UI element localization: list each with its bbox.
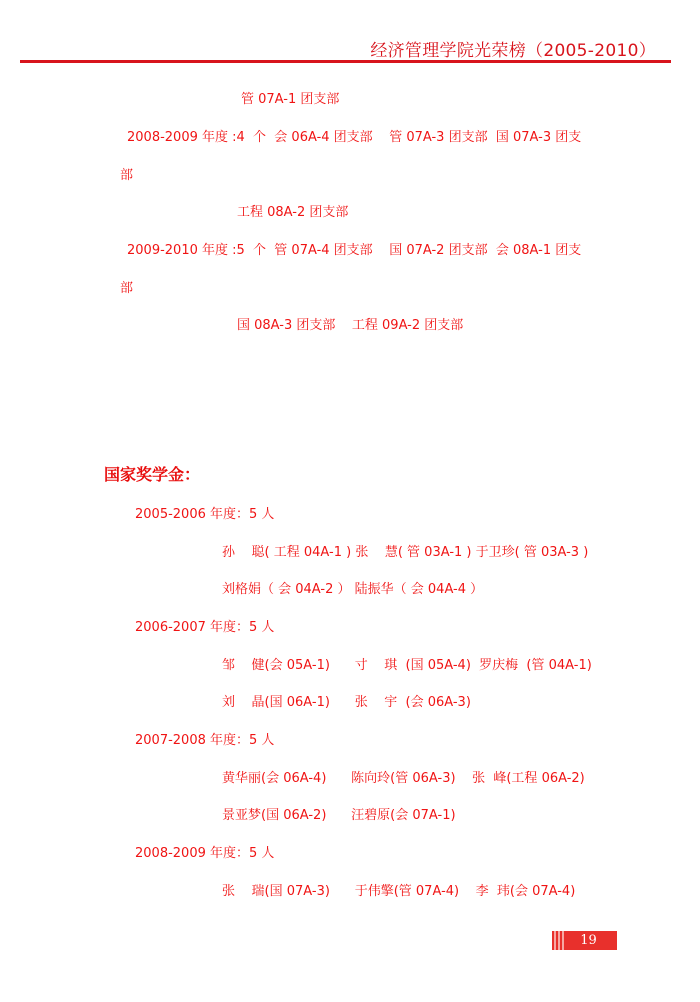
- header-title: 经济管理学院光荣榜（2005-2010）: [370, 36, 656, 61]
- year-label: 2006-2007 年度：5 人: [135, 616, 274, 635]
- winner-row: 景亚梦(国 06A-2) 汪碧原(会 07A-1): [222, 804, 456, 823]
- section-title: 国家奖学金：: [104, 462, 200, 485]
- page-number-badge: 19: [552, 931, 617, 950]
- league-line: 工程 08A-2 团支部: [237, 201, 348, 220]
- year-label: 2005-2006 年度：5 人: [135, 503, 274, 522]
- league-line: 2009-2010 年度 :5 个 管 07A-4 团支部 国 07A-2 团支…: [127, 239, 581, 258]
- winner-row: 孙 聪( 工程 04A-1 ) 张 慧( 管 03A-1 ) 于卫珍( 管 03…: [222, 541, 588, 560]
- league-line: 国 08A-3 团支部 工程 09A-2 团支部: [237, 314, 463, 333]
- page-number: 19: [566, 933, 617, 948]
- header-rule: [20, 60, 671, 63]
- stripe-decoration-icon: [554, 931, 566, 950]
- league-line: 2008-2009 年度 :4 个 会 06A-4 团支部 管 07A-3 团支…: [127, 126, 581, 145]
- league-line: 部: [120, 277, 133, 296]
- winner-row: 邹 健(会 05A-1) 寸 琪 (国 05A-4) 罗庆梅 (管 04A-1): [222, 654, 592, 673]
- year-label: 2007-2008 年度：5 人: [135, 729, 274, 748]
- league-line: 管 07A-1 团支部: [241, 88, 339, 107]
- winner-row: 刘 晶(国 06A-1) 张 宇 (会 06A-3): [222, 691, 471, 710]
- league-line: 部: [120, 164, 133, 183]
- winner-row: 黄华丽(会 06A-4) 陈向玲(管 06A-3) 张 峰(工程 06A-2): [222, 767, 585, 786]
- winner-row: 张 瑞(国 07A-3) 于伟擎(管 07A-4) 李 玮(会 07A-4): [222, 880, 575, 899]
- year-label: 2008-2009 年度：5 人: [135, 842, 274, 861]
- winner-row: 刘格娟（ 会 04A-2 ） 陆振华（ 会 04A-4 ）: [222, 578, 483, 597]
